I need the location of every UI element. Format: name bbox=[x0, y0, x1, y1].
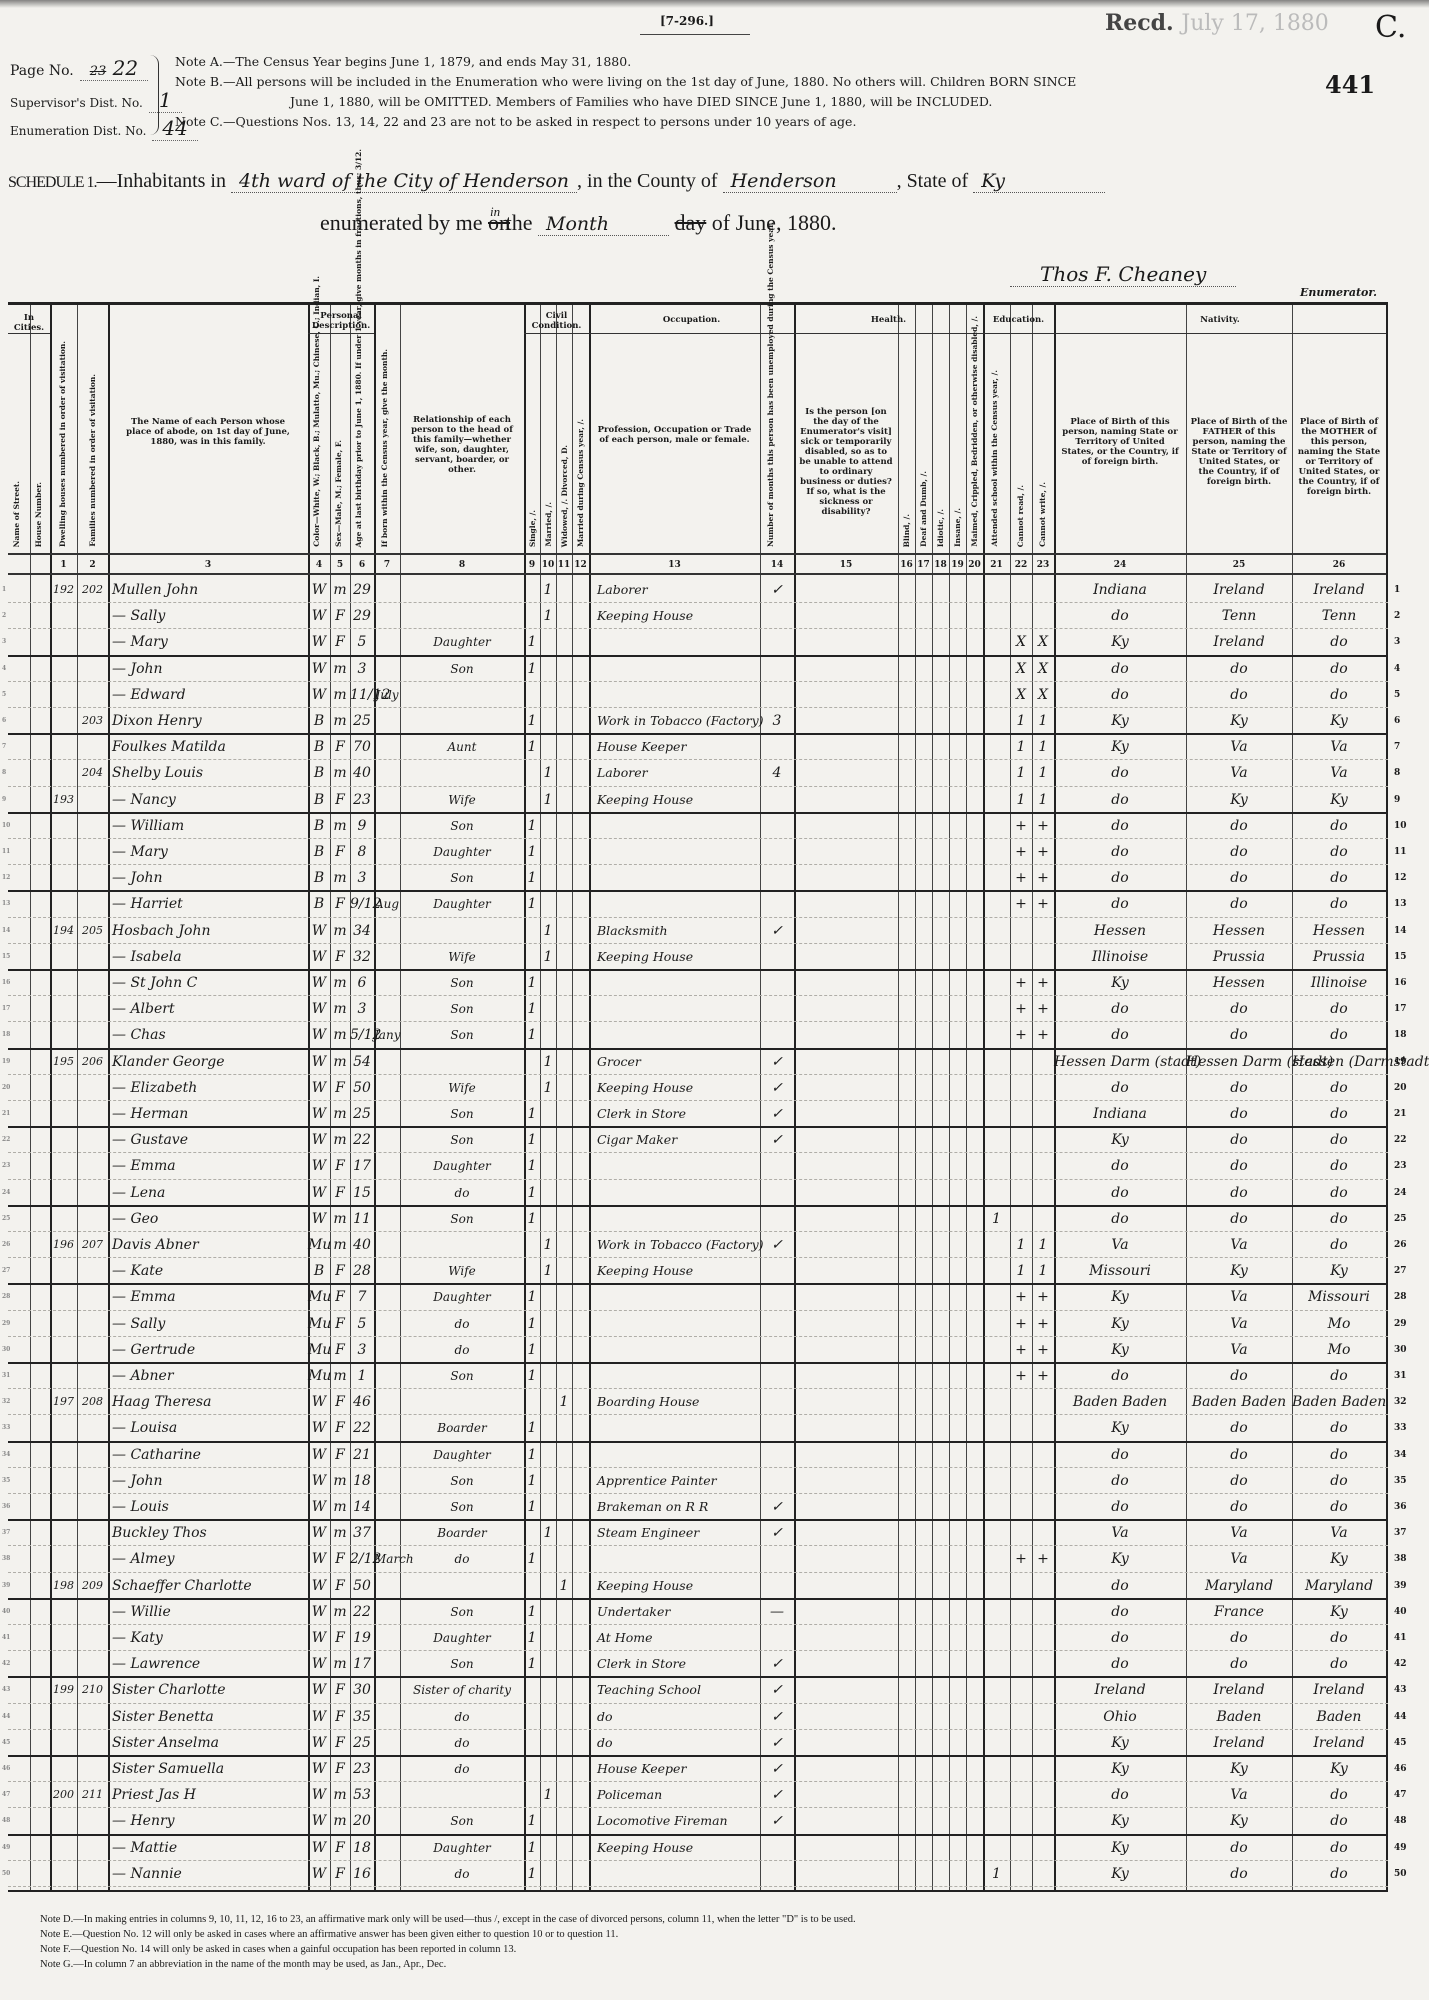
table-row: — MattieWF18Daughter1Keeping HouseKydodo… bbox=[8, 1835, 1388, 1861]
occupation bbox=[597, 1022, 760, 1047]
family-number bbox=[77, 1861, 108, 1886]
column-number: 9 bbox=[524, 560, 540, 570]
father-birthplace: do bbox=[1186, 891, 1292, 916]
series-letter: C. bbox=[1375, 10, 1406, 45]
color: W bbox=[308, 1520, 330, 1545]
age: 34 bbox=[350, 918, 374, 943]
occupation: Blacksmith bbox=[597, 918, 760, 943]
attended-school bbox=[983, 1704, 1010, 1729]
page-no-label: Page No. bbox=[10, 63, 74, 79]
birth-month bbox=[374, 1677, 400, 1702]
color: W bbox=[308, 1206, 330, 1231]
county-label: , in the County of bbox=[577, 170, 718, 192]
mother-birthplace: Maryland bbox=[1292, 1573, 1386, 1598]
occupation bbox=[597, 813, 760, 838]
attended-school bbox=[983, 1284, 1010, 1309]
family-number: 210 bbox=[77, 1677, 108, 1702]
line-number-left: 5 bbox=[2, 682, 6, 708]
married: 1 bbox=[540, 787, 556, 812]
line-number-left: 7 bbox=[2, 734, 6, 760]
family-number bbox=[77, 1730, 108, 1755]
married: 1 bbox=[540, 918, 556, 943]
occupation bbox=[597, 1415, 760, 1440]
sex: F bbox=[330, 1573, 350, 1598]
birthplace: Ky bbox=[1054, 1337, 1186, 1362]
cannot-write bbox=[1032, 944, 1054, 969]
birthplace: Missouri bbox=[1054, 1258, 1186, 1283]
table-row: 204Shelby LouisBm401Laborer411doVaVa88 bbox=[8, 760, 1388, 786]
father-birthplace: do bbox=[1186, 1075, 1292, 1100]
relationship: Son bbox=[400, 970, 524, 995]
mother-birthplace: Ireland bbox=[1292, 1677, 1386, 1702]
column-number: 11 bbox=[556, 560, 572, 570]
relationship: Son bbox=[400, 1651, 524, 1676]
father-birthplace: Ireland bbox=[1186, 1677, 1292, 1702]
relationship: Son bbox=[400, 1599, 524, 1624]
months-unemployed bbox=[760, 656, 794, 681]
cannot-read bbox=[1010, 1599, 1032, 1624]
color: W bbox=[308, 1389, 330, 1414]
father-birthplace: do bbox=[1186, 1180, 1292, 1205]
father-birthplace: Va bbox=[1186, 1284, 1292, 1309]
widowed bbox=[556, 577, 572, 602]
family-number bbox=[77, 1468, 108, 1493]
dwelling-number bbox=[50, 1808, 77, 1833]
attended-school bbox=[983, 944, 1010, 969]
family-number bbox=[77, 1756, 108, 1781]
married bbox=[540, 1835, 556, 1860]
line-number-left: 31 bbox=[2, 1363, 10, 1389]
family-number bbox=[77, 1363, 108, 1388]
header-birthplace: Place of Birth of this person, naming St… bbox=[1058, 417, 1182, 467]
age: 28 bbox=[350, 1258, 374, 1283]
birth-month bbox=[374, 1730, 400, 1755]
age: 16 bbox=[350, 1861, 374, 1886]
person-name: Haag Theresa bbox=[112, 1389, 308, 1414]
occupation: Teaching School bbox=[597, 1677, 760, 1702]
months-unemployed bbox=[760, 1206, 794, 1231]
cannot-write: + bbox=[1032, 891, 1054, 916]
attended-school bbox=[983, 1127, 1010, 1152]
relationship: do bbox=[400, 1337, 524, 1362]
mother-birthplace: do bbox=[1292, 682, 1386, 707]
cannot-write: + bbox=[1032, 813, 1054, 838]
dwelling-number bbox=[50, 1651, 77, 1676]
married bbox=[540, 1153, 556, 1178]
married bbox=[540, 1573, 556, 1598]
dwelling-number bbox=[50, 1206, 77, 1231]
relationship bbox=[400, 918, 524, 943]
line-number-left: 25 bbox=[2, 1206, 10, 1232]
relationship: do bbox=[400, 1704, 524, 1729]
married bbox=[540, 1861, 556, 1886]
header-rule bbox=[794, 333, 983, 334]
occupation: Keeping House bbox=[597, 1075, 760, 1100]
mother-birthplace: do bbox=[1292, 1625, 1386, 1650]
person-name: — Harriet bbox=[112, 891, 308, 916]
relationship: Son bbox=[400, 1363, 524, 1388]
header-health-question: Is the person [on the day of the Enumera… bbox=[798, 407, 894, 517]
widowed bbox=[556, 1625, 572, 1650]
line-number-left: 20 bbox=[2, 1075, 10, 1101]
state-value: Ky bbox=[973, 170, 1105, 193]
age: 46 bbox=[350, 1389, 374, 1414]
age: 22 bbox=[350, 1415, 374, 1440]
page-no-struck: 23 bbox=[90, 64, 107, 79]
relationship: Son bbox=[400, 1127, 524, 1152]
line-number: 49 bbox=[1394, 1835, 1407, 1861]
line-number: 10 bbox=[1394, 813, 1407, 839]
color: W bbox=[308, 1468, 330, 1493]
sex: m bbox=[330, 918, 350, 943]
color: W bbox=[308, 682, 330, 707]
birthplace: Va bbox=[1054, 1232, 1186, 1257]
line-number: 13 bbox=[1394, 891, 1407, 917]
dwelling-number bbox=[50, 1520, 77, 1545]
months-unemployed bbox=[760, 1625, 794, 1650]
age: 37 bbox=[350, 1520, 374, 1545]
widowed bbox=[556, 1494, 572, 1519]
birth-month bbox=[374, 1808, 400, 1833]
widowed bbox=[556, 1180, 572, 1205]
months-unemployed: — bbox=[760, 1599, 794, 1624]
months-unemployed: 4 bbox=[760, 760, 794, 785]
birthplace: Ky bbox=[1054, 1127, 1186, 1152]
attended-school bbox=[983, 682, 1010, 707]
married bbox=[540, 1625, 556, 1650]
birth-month bbox=[374, 629, 400, 654]
scan-edge bbox=[0, 0, 1429, 8]
birth-month: Jany bbox=[374, 1022, 400, 1047]
birthplace: do bbox=[1054, 1651, 1186, 1676]
cannot-write: X bbox=[1032, 682, 1054, 707]
person-name: Dixon Henry bbox=[112, 708, 308, 733]
note-g: Note G.—In column 7 an abbreviation in t… bbox=[40, 1957, 856, 1972]
months-unemployed bbox=[760, 734, 794, 759]
relationship: Daughter bbox=[400, 1625, 524, 1650]
widowed bbox=[556, 944, 572, 969]
mother-birthplace: do bbox=[1292, 1415, 1386, 1440]
attended-school bbox=[983, 1625, 1010, 1650]
married bbox=[540, 1651, 556, 1676]
relationship: Son bbox=[400, 996, 524, 1021]
widowed bbox=[556, 1520, 572, 1545]
married bbox=[540, 891, 556, 916]
age: 3 bbox=[350, 1337, 374, 1362]
cannot-write bbox=[1032, 1442, 1054, 1467]
line-number-left: 3 bbox=[2, 629, 6, 655]
attended-school bbox=[983, 1389, 1010, 1414]
relationship: Sister of charity bbox=[400, 1677, 524, 1702]
column-number: 5 bbox=[330, 560, 350, 570]
mother-birthplace: do bbox=[1292, 1180, 1386, 1205]
married bbox=[540, 682, 556, 707]
family-number bbox=[77, 682, 108, 707]
months-unemployed bbox=[760, 629, 794, 654]
single: 1 bbox=[524, 1206, 540, 1231]
birthplace: Baden Baden bbox=[1054, 1389, 1186, 1414]
color: B bbox=[308, 734, 330, 759]
color: W bbox=[308, 1494, 330, 1519]
birth-month bbox=[374, 1625, 400, 1650]
single: 1 bbox=[524, 1363, 540, 1388]
cannot-read bbox=[1010, 1075, 1032, 1100]
birth-month bbox=[374, 1782, 400, 1807]
father-birthplace: Ireland bbox=[1186, 629, 1292, 654]
age: 3 bbox=[350, 656, 374, 681]
married bbox=[540, 865, 556, 890]
received-date: July 17, 1880 bbox=[1181, 11, 1328, 36]
age: 14 bbox=[350, 1494, 374, 1519]
single bbox=[524, 1520, 540, 1545]
column-number: 25 bbox=[1186, 560, 1292, 570]
table-row: — MaryBF8Daughter1++dododo1111 bbox=[8, 839, 1388, 865]
dwelling-number bbox=[50, 603, 77, 628]
table-row: — GustaveWm22Son1Cigar Maker✓Kydodo2222 bbox=[8, 1127, 1388, 1153]
father-birthplace: Ky bbox=[1186, 1808, 1292, 1833]
table-row: — HenryWm20Son1Locomotive Fireman✓KyKydo… bbox=[8, 1808, 1388, 1835]
line-number-left: 17 bbox=[2, 996, 10, 1022]
cannot-write bbox=[1032, 1861, 1054, 1886]
note-b-cont: June 1, 1880, will be OMITTED. Members o… bbox=[175, 92, 1315, 112]
dwelling-number bbox=[50, 1337, 77, 1362]
table-row: — HermanWm25Son1Clerk in Store✓Indianado… bbox=[8, 1101, 1388, 1128]
father-birthplace: do bbox=[1186, 1468, 1292, 1493]
column-number: 26 bbox=[1292, 560, 1386, 570]
table-row: — LouisaWF22Boarder1Kydodo3333 bbox=[8, 1415, 1388, 1442]
father-birthplace: Ireland bbox=[1186, 577, 1292, 602]
header-col-house: House Number. bbox=[34, 482, 43, 547]
header-mother-birthplace: Place of Birth of the MOTHER of this per… bbox=[1296, 417, 1382, 497]
father-birthplace: do bbox=[1186, 839, 1292, 864]
single: 1 bbox=[524, 1835, 540, 1860]
family-number: 202 bbox=[77, 577, 108, 602]
relationship: Son bbox=[400, 1494, 524, 1519]
relationship: do bbox=[400, 1730, 524, 1755]
widowed bbox=[556, 1861, 572, 1886]
dwelling-number bbox=[50, 1468, 77, 1493]
dwelling-number bbox=[50, 656, 77, 681]
sex: m bbox=[330, 1049, 350, 1074]
birth-month bbox=[374, 1651, 400, 1676]
cannot-read bbox=[1010, 1677, 1032, 1702]
birthplace: do bbox=[1054, 839, 1186, 864]
sex: m bbox=[330, 813, 350, 838]
relationship: Daughter bbox=[400, 629, 524, 654]
color: B bbox=[308, 839, 330, 864]
occupation bbox=[597, 1546, 760, 1571]
age: 25 bbox=[350, 1101, 374, 1126]
color: B bbox=[308, 787, 330, 812]
widowed bbox=[556, 1468, 572, 1493]
months-unemployed: ✓ bbox=[760, 1651, 794, 1676]
birthplace: do bbox=[1054, 1075, 1186, 1100]
mother-birthplace: Prussia bbox=[1292, 944, 1386, 969]
birth-month bbox=[374, 734, 400, 759]
cannot-write bbox=[1032, 1730, 1054, 1755]
cannot-read: + bbox=[1010, 1546, 1032, 1571]
age: 25 bbox=[350, 708, 374, 733]
header-col-c11: Widowed, /. Divorced, D. bbox=[560, 445, 569, 547]
occupation: Boarding House bbox=[597, 1389, 760, 1414]
dwelling-number bbox=[50, 1494, 77, 1519]
cannot-read bbox=[1010, 1756, 1032, 1781]
stamped-page-number: 441 bbox=[1325, 70, 1375, 99]
cannot-write bbox=[1032, 1651, 1054, 1676]
cannot-read: + bbox=[1010, 891, 1032, 916]
color: W bbox=[308, 944, 330, 969]
single: 1 bbox=[524, 1625, 540, 1650]
married: 1 bbox=[540, 1075, 556, 1100]
schedule-line: SCHEDULE 1.—Inhabitants in 4th ward of t… bbox=[8, 170, 1105, 193]
widowed bbox=[556, 1363, 572, 1388]
birthplace: Ky bbox=[1054, 1756, 1186, 1781]
line-number: 28 bbox=[1394, 1284, 1407, 1310]
age: 20 bbox=[350, 1808, 374, 1833]
sex: m bbox=[330, 865, 350, 890]
cannot-write bbox=[1032, 1573, 1054, 1598]
widowed bbox=[556, 1311, 572, 1336]
column-number: 7 bbox=[374, 560, 400, 570]
birth-month bbox=[374, 970, 400, 995]
widowed bbox=[556, 839, 572, 864]
dwelling-number bbox=[50, 708, 77, 733]
header-col-c18: Idiotic, /. bbox=[936, 509, 945, 547]
attended-school bbox=[983, 918, 1010, 943]
column-number: 24 bbox=[1054, 560, 1186, 570]
cannot-write bbox=[1032, 1494, 1054, 1519]
relationship bbox=[400, 1232, 524, 1257]
line-number: 36 bbox=[1394, 1494, 1407, 1520]
single: 1 bbox=[524, 656, 540, 681]
widowed bbox=[556, 1835, 572, 1860]
birthplace: Ireland bbox=[1054, 1677, 1186, 1702]
sex: m bbox=[330, 1363, 350, 1388]
married bbox=[540, 1808, 556, 1833]
form-number-rule bbox=[640, 34, 750, 35]
person-name: — Sally bbox=[112, 1311, 308, 1336]
color: W bbox=[308, 1049, 330, 1074]
months-unemployed: ✓ bbox=[760, 1520, 794, 1545]
age: 6 bbox=[350, 970, 374, 995]
attended-school bbox=[983, 1415, 1010, 1440]
occupation: Keeping House bbox=[597, 603, 760, 628]
cannot-read bbox=[1010, 1049, 1032, 1074]
line-number-left: 9 bbox=[2, 787, 6, 813]
person-name: Buckley Thos bbox=[112, 1520, 308, 1545]
mother-birthplace: do bbox=[1292, 629, 1386, 654]
cannot-write bbox=[1032, 1520, 1054, 1545]
line-number-left: 30 bbox=[2, 1337, 10, 1363]
father-birthplace: Hessen bbox=[1186, 970, 1292, 995]
sex: m bbox=[330, 1651, 350, 1676]
relationship bbox=[400, 1049, 524, 1074]
married bbox=[540, 708, 556, 733]
column-number: 19 bbox=[949, 560, 966, 570]
occupation: do bbox=[597, 1730, 760, 1755]
family-number bbox=[77, 734, 108, 759]
table-row: — MaryWF5Daughter1XXKyIrelanddo33 bbox=[8, 629, 1388, 656]
relationship: Daughter bbox=[400, 891, 524, 916]
single: 1 bbox=[524, 1101, 540, 1126]
relationship bbox=[400, 1573, 524, 1598]
father-birthplace: do bbox=[1186, 1127, 1292, 1152]
mother-birthplace: do bbox=[1292, 996, 1386, 1021]
family-number bbox=[77, 1651, 108, 1676]
cannot-write: 1 bbox=[1032, 1232, 1054, 1257]
married bbox=[540, 1730, 556, 1755]
birthplace: do bbox=[1054, 1599, 1186, 1624]
months-unemployed: ✓ bbox=[760, 577, 794, 602]
single: 1 bbox=[524, 1127, 540, 1152]
occupation: House Keeper bbox=[597, 734, 760, 759]
page-no-value: 23 22 bbox=[80, 56, 148, 81]
single: 1 bbox=[524, 1808, 540, 1833]
married bbox=[540, 1756, 556, 1781]
occupation bbox=[597, 996, 760, 1021]
color: W bbox=[308, 1153, 330, 1178]
dwelling-number bbox=[50, 1599, 77, 1624]
birthplace: do bbox=[1054, 656, 1186, 681]
occupation: Clerk in Store bbox=[597, 1651, 760, 1676]
person-name: — Nancy bbox=[112, 787, 308, 812]
single: 1 bbox=[524, 1022, 540, 1047]
birthplace: do bbox=[1054, 1494, 1186, 1519]
birth-month bbox=[374, 1835, 400, 1860]
family-number bbox=[77, 1311, 108, 1336]
relationship: do bbox=[400, 1311, 524, 1336]
attended-school bbox=[983, 1730, 1010, 1755]
dwelling-number bbox=[50, 1415, 77, 1440]
birthplace: Ky bbox=[1054, 1546, 1186, 1571]
birth-month: July bbox=[374, 682, 400, 707]
person-name: Sister Benetta bbox=[112, 1704, 308, 1729]
cannot-read bbox=[1010, 1704, 1032, 1729]
sex: F bbox=[330, 1337, 350, 1362]
table-row: — EdwardWm11/12JulyXXdododo55 bbox=[8, 682, 1388, 708]
line-number: 35 bbox=[1394, 1468, 1407, 1494]
dwelling-number: 197 bbox=[50, 1389, 77, 1414]
sex: F bbox=[330, 1258, 350, 1283]
mother-birthplace: do bbox=[1292, 1494, 1386, 1519]
sex: m bbox=[330, 1206, 350, 1231]
header-col-c19: Insane, /. bbox=[953, 508, 962, 547]
line-number: 21 bbox=[1394, 1101, 1407, 1127]
sex: F bbox=[330, 787, 350, 812]
family-number: 206 bbox=[77, 1049, 108, 1074]
cannot-read bbox=[1010, 1442, 1032, 1467]
line-number: 17 bbox=[1394, 996, 1407, 1022]
dwelling-number: 196 bbox=[50, 1232, 77, 1257]
line-number: 24 bbox=[1394, 1180, 1407, 1206]
color: Mu bbox=[308, 1337, 330, 1362]
occupation: Laborer bbox=[597, 577, 760, 602]
sex: F bbox=[330, 1284, 350, 1309]
the-label: the bbox=[506, 210, 533, 235]
birth-month bbox=[374, 1442, 400, 1467]
married bbox=[540, 813, 556, 838]
supervisor-label: Supervisor's Dist. No. bbox=[10, 96, 143, 110]
father-birthplace: Ky bbox=[1186, 1258, 1292, 1283]
months-unemployed bbox=[760, 970, 794, 995]
birth-month bbox=[374, 1311, 400, 1336]
cannot-read bbox=[1010, 1782, 1032, 1807]
line-number-left: 45 bbox=[2, 1730, 10, 1756]
color: Mu bbox=[308, 1284, 330, 1309]
age: 50 bbox=[350, 1075, 374, 1100]
age: 19 bbox=[350, 1625, 374, 1650]
birthplace: Ky bbox=[1054, 1284, 1186, 1309]
